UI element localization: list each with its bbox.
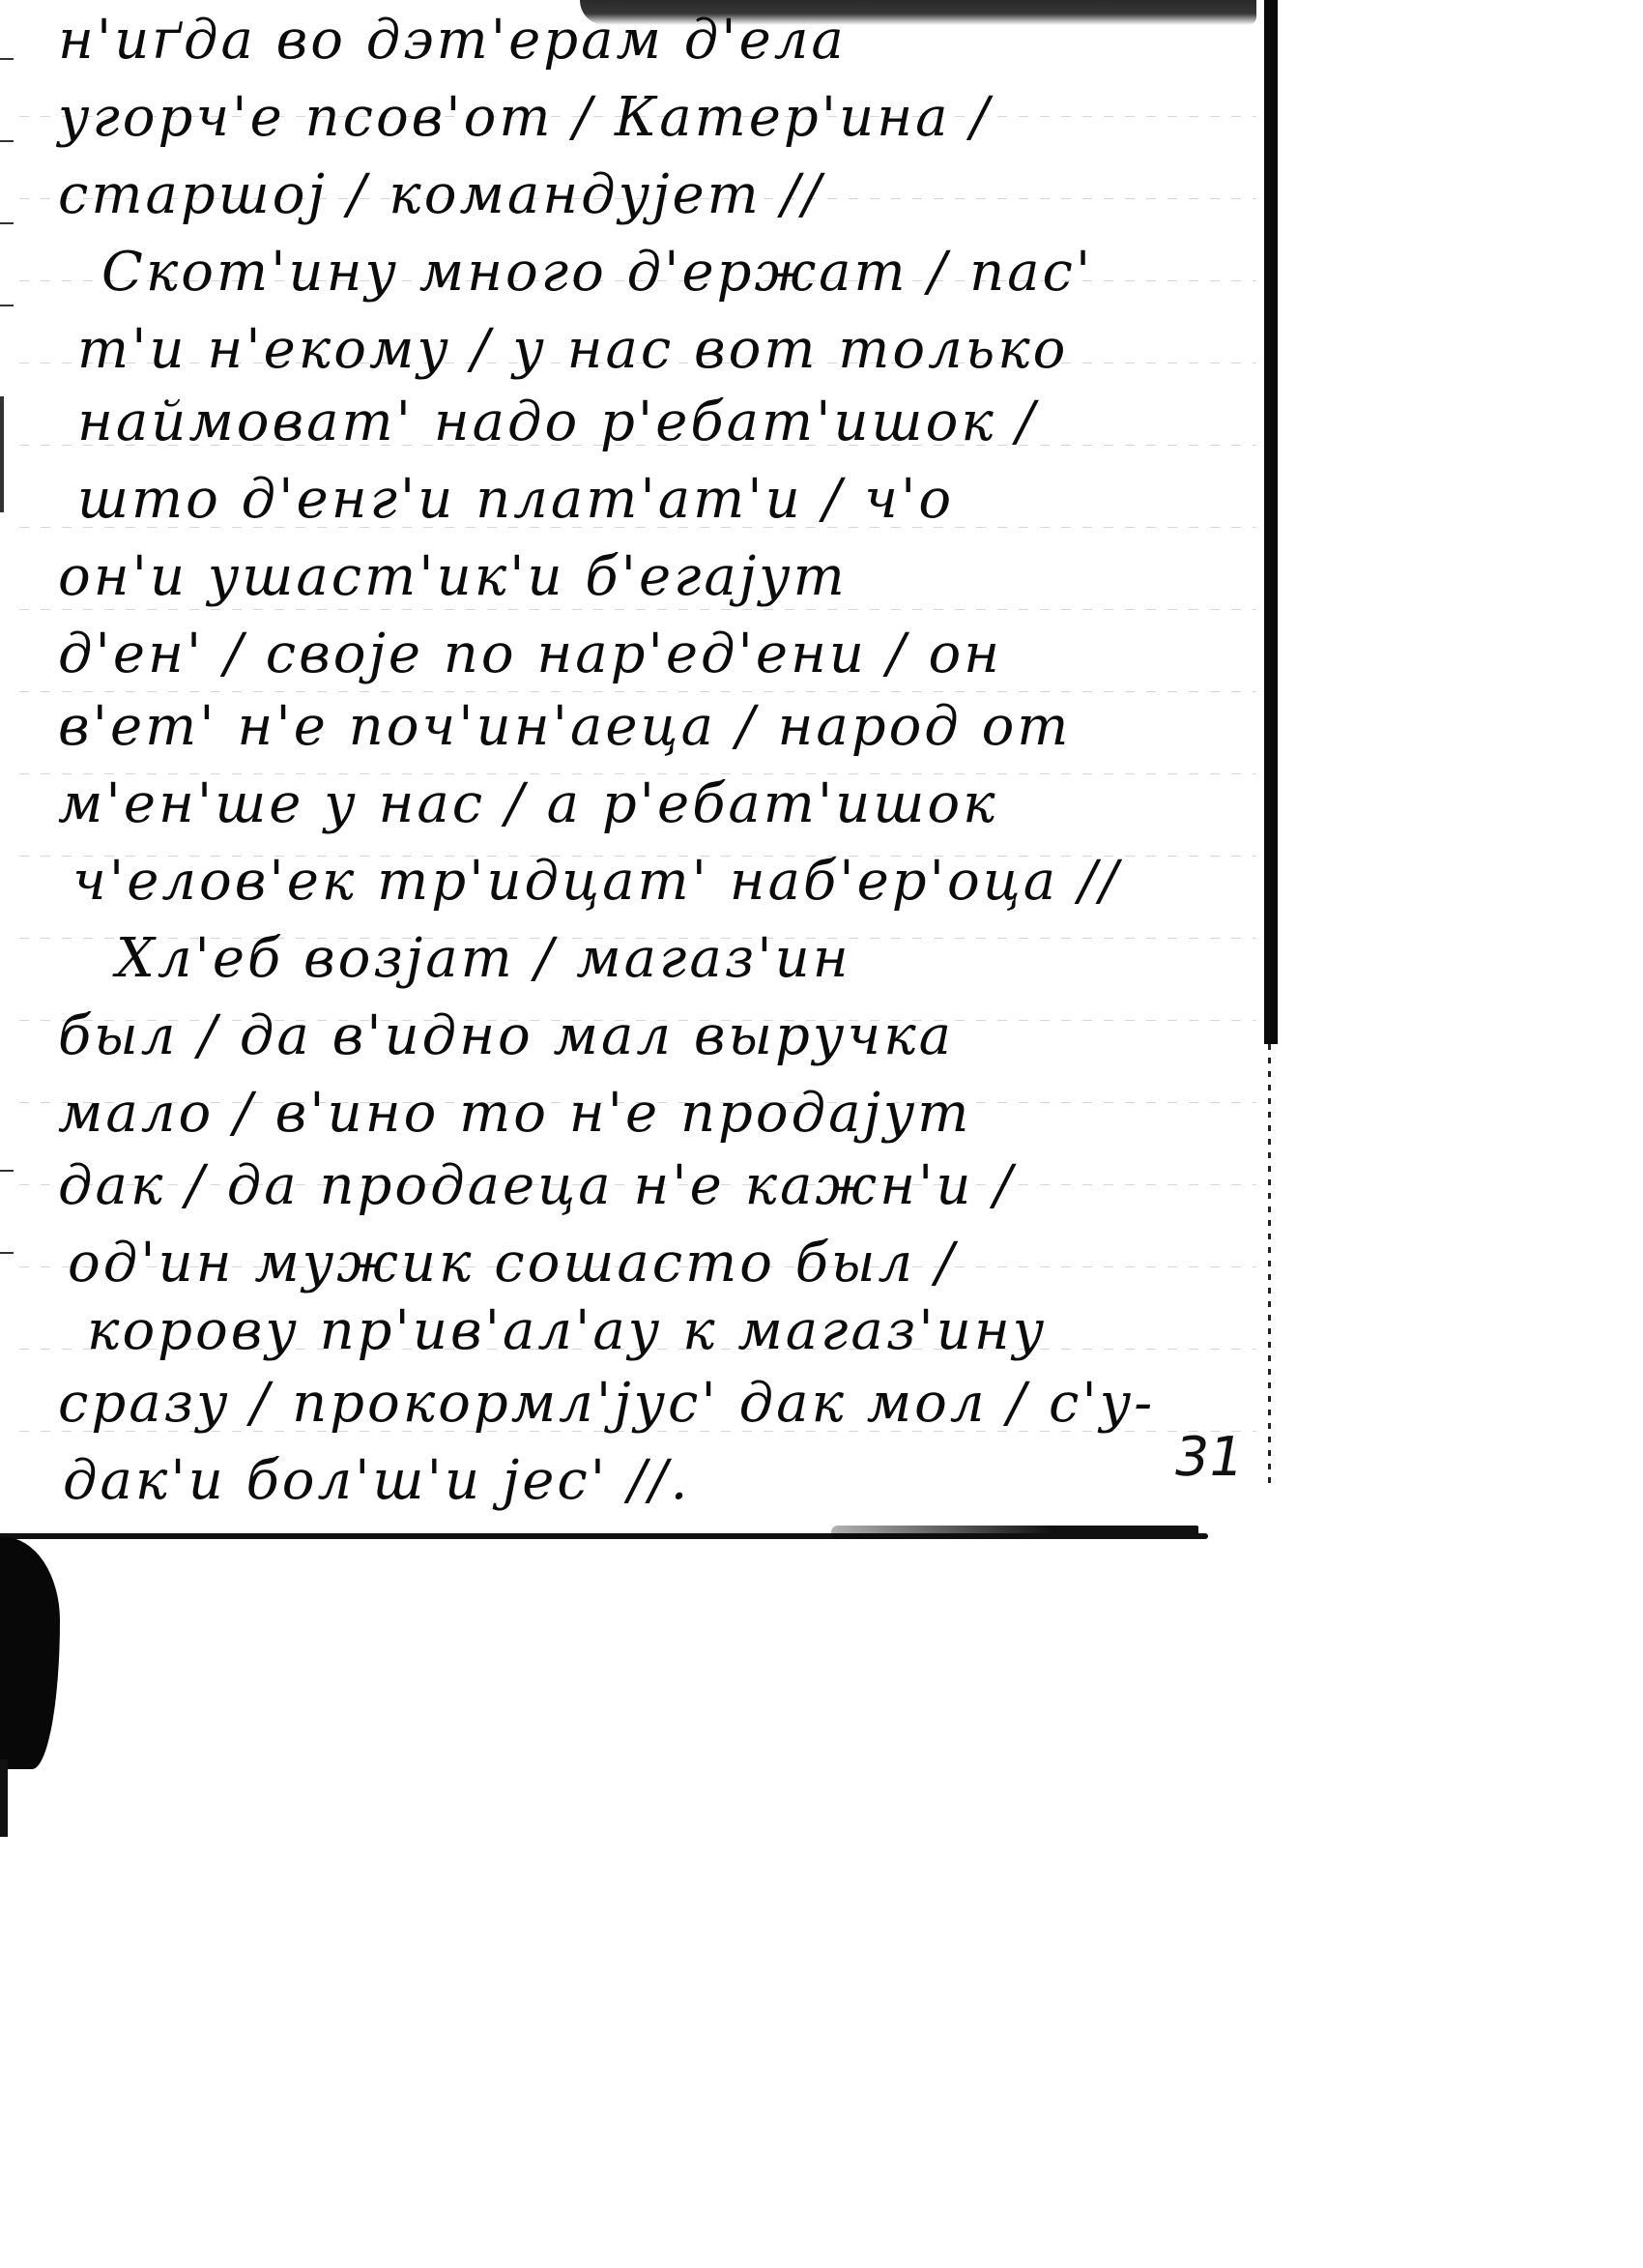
- text-line-1: н'иґда во дэт'ерам д'ела: [58, 10, 847, 72]
- page-right-border-faint: [1268, 1044, 1271, 1489]
- page-number: 31: [1168, 1426, 1249, 1489]
- text-line-19: сразу / прокормл'јус' дак мол / с'у-: [58, 1373, 1155, 1435]
- text-line-4: Скот'ину много д'ержат / пас': [101, 242, 1093, 304]
- ruled-line: [19, 691, 1256, 692]
- text-line-3: старшој / командујет //: [58, 164, 823, 226]
- page-right-border: [1264, 0, 1278, 1044]
- margin-tick: [0, 222, 14, 224]
- margin-tick: [0, 1170, 14, 1172]
- ruled-line: [19, 609, 1256, 610]
- margin-bar: [0, 396, 4, 512]
- text-line-7: што д'енг'и плат'ат'и / ч'о: [77, 469, 954, 531]
- margin-tick: [0, 58, 14, 60]
- text-line-9: д'ен' / своје по нар'ед'ени / он: [58, 624, 1002, 685]
- text-line-18: корову пр'ив'ал'ау к магаз'ину: [87, 1300, 1047, 1362]
- text-line-5: т'и н'екому / у нас вот только: [77, 319, 1068, 381]
- text-line-13: Хл'еб возјат / магаз'ин: [116, 928, 851, 990]
- text-line-2: угорч'е псов'от / Катер'ина /: [58, 87, 992, 149]
- text-line-11: м'ен'ше у нас / а р'ебат'ишок: [58, 773, 998, 835]
- text-line-16: дак / да продаеца н'е кажн'и /: [58, 1155, 1015, 1217]
- text-line-10: в'ет' н'е поч'ин'аеца / народ от: [58, 696, 1071, 758]
- text-line-14: был / да в'идно мал выручка: [58, 1005, 954, 1067]
- page-bottom-edge-smudge: [831, 1526, 1198, 1539]
- margin-tick: [0, 305, 14, 306]
- margin-tick: [0, 1252, 14, 1254]
- text-line-15: мало / в'ино то н'е продајут: [58, 1083, 971, 1145]
- left-margin-ticks: [0, 0, 14, 1537]
- text-line-6: наймоват' надо р'ебат'ишок /: [77, 392, 1037, 453]
- text-line-17: од'ин мужик сошасто был /: [68, 1233, 957, 1294]
- scan-edge-left: [0, 1759, 8, 1837]
- text-line-12: ч'елов'ек тр'идцат' наб'ер'оца //: [72, 851, 1121, 913]
- text-line-8: он'и ушаст'ик'и б'егајут: [58, 546, 848, 608]
- text-line-20: дак'и бол'ш'и јес' //.: [63, 1450, 690, 1512]
- margin-tick: [0, 140, 14, 142]
- manuscript-page: н'иґда во дэт'ерам д'ела угорч'е псов'от…: [0, 0, 1274, 1535]
- scan-smudge-bottom-left: [0, 1537, 60, 1769]
